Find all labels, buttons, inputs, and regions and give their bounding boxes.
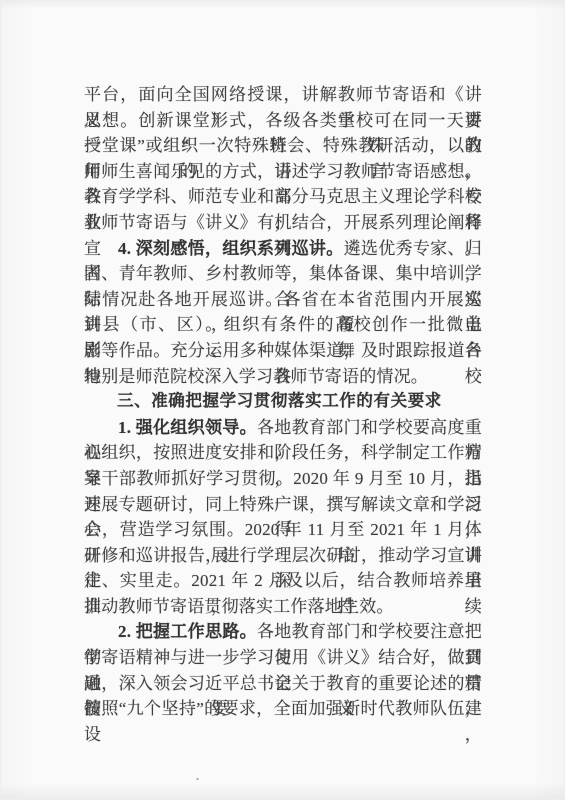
text-line: 特别是师范院校深入学习教师节寄语的情况。	[84, 364, 482, 390]
section-heading: 三、准确把握学习贯彻落实工作的有关要求	[84, 389, 482, 415]
text-line: 研修和巡讲报告，进行学理层次研讨，推动学习宣讲往深里	[84, 543, 482, 569]
text-line: 到县（市、区）。组织有条件的高校创作一批微电影、舞台	[84, 312, 482, 338]
text-line: 际情况赴各地开展巡讲。各省在本省范围内开展巡讲，覆盖	[84, 287, 482, 313]
text-line: 剧等作品。充分运用多种媒体渠道，及时跟踪报道各地各校	[84, 338, 482, 364]
text-line: 4. 深刻感悟，组织系列巡讲。遴选优秀专家、归国学	[84, 236, 482, 262]
paragraph-lead: 2. 把握工作思路。	[118, 622, 257, 641]
text-line: 彻寄语精神与进一步学习使用《讲义》结合好，做到融会贯	[84, 645, 482, 671]
text-line: 用师生喜闻乐见的方式，讲述学习教师节寄语感想。各高校	[84, 159, 482, 185]
text-line: 通，深入领会习近平总书记关于教育的重要论述的精髓要义，	[84, 671, 482, 697]
scan-artifact-speck	[196, 778, 199, 780]
text-line: 2. 把握工作思路。各地教育部门和学校要注意把学习贯	[84, 619, 482, 645]
text-line: 一堂课”或组织一次特殊班会、特殊教研活动，以教师的语言，	[84, 133, 482, 159]
text-line: 思想。创新课堂形式，各级各类学校可在同一天讲授“特殊的	[84, 108, 482, 134]
text-segment: 推动教师节寄语贯彻落实工作落地生效。	[84, 597, 394, 616]
text-segment: 特别是师范院校深入学习教师节寄语的情况。	[84, 367, 428, 386]
text-line: 按照“九个坚持”的要求，全面加强新时代教师队伍建设，	[84, 696, 482, 722]
text-line: 走、实里走。2021 年 2 月及以后，结合教师培养培训，持续	[84, 568, 482, 594]
text-line: 1. 强化组织领导。各地教育部门和学校要高度重视，精	[84, 415, 482, 441]
text-line: 心组织，按照进度安排和阶段任务，科学制定工作方案，指	[84, 440, 482, 466]
text-line: 平台，面向全国网络授课，讲解教师节寄语和《讲义》重要	[84, 82, 482, 108]
text-line: 教师节寄语与《讲义》有机结合，开展系列理论阐释宣讲。	[84, 210, 482, 236]
paragraph-lead: 4. 深刻感悟，组织系列巡讲。	[118, 239, 344, 258]
text-line: 教育学学科、师范专业和部分马克思主义理论学科专业，将	[84, 184, 482, 210]
paragraph-lead: 1. 强化组织领导。	[118, 418, 257, 437]
text-line: 者、青年教师、乡村教师等，集体备课、集中培训，结合实	[84, 261, 482, 287]
paragraph-lead: 三、准确把握学习贯彻落实工作的有关要求	[117, 392, 442, 410]
text-block: 平台，面向全国网络授课，讲解教师节寄语和《讲义》重要思想。创新课堂形式，各级各类…	[84, 82, 482, 722]
text-line: 导干部教师抓好学习贯彻。2020 年 9 月至 10 月，迅速广泛	[84, 466, 482, 492]
document-page: 平台，面向全国网络授课，讲解教师节寄语和《讲义》重要思想。创新课堂形式，各级各类…	[0, 0, 565, 800]
text-line: 开展专题研讨，同上特殊一课，撰写解读文章和学习心得体	[84, 492, 482, 518]
text-segment: 按照“九个坚持”的要求，全面加强新时代教师队伍建设，	[84, 699, 482, 744]
text-line: 会，营造学习氛围。2020 年 11 月至 2021 年 1 月，开展培训	[84, 517, 482, 543]
